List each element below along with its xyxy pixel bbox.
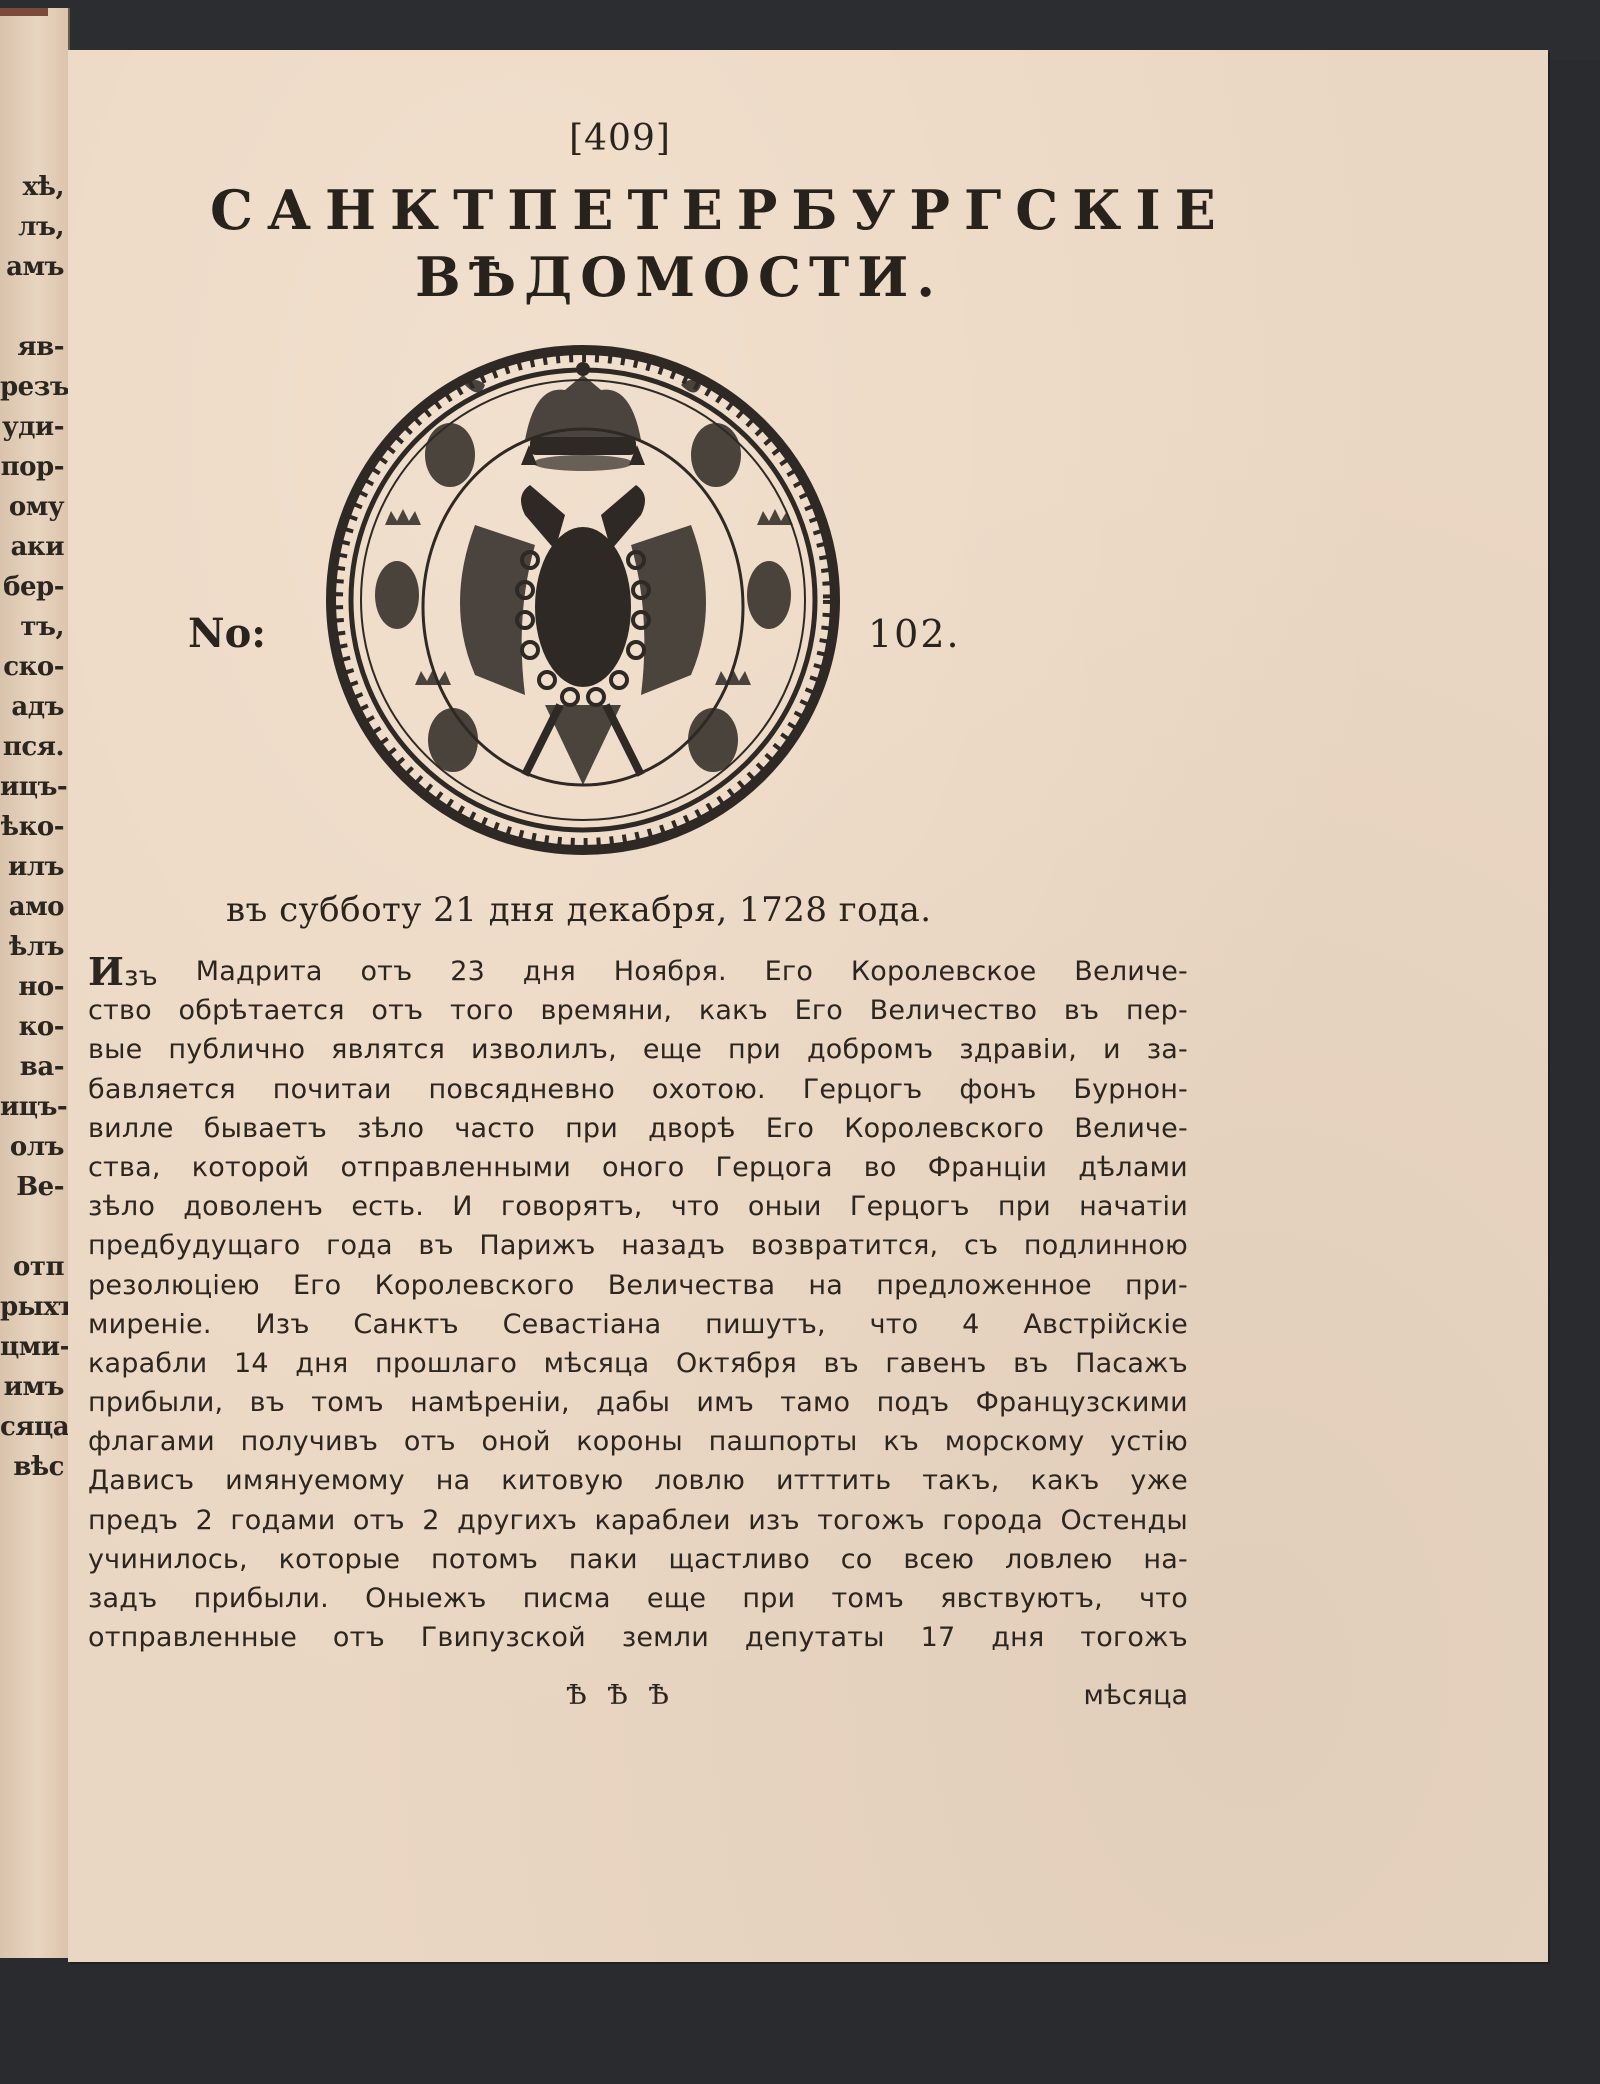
margin-fragment: уди- <box>0 408 64 447</box>
article-line: флагамиполучивъотъонойкороныпашпортыкъмо… <box>88 1422 1188 1461</box>
article-line: учинилось,которыепотомъпакищастливосовсе… <box>88 1540 1188 1579</box>
margin-fragment: хѣ, <box>0 168 64 207</box>
article-line: предъ2годамиотъ2другихъкараблеиизътогожъ… <box>88 1501 1188 1540</box>
printer-signature-mark: Ѣ Ѣ Ѣ <box>566 1680 675 1711</box>
margin-fragment: ицъ- <box>0 1088 64 1127</box>
masthead-title-line2: ВѢДОМОСТИ. <box>415 245 835 309</box>
margin-fragment: бер- <box>0 568 64 607</box>
article-line: резолюціеюЕгоКоролевскогоВеличестванапре… <box>88 1266 1188 1305</box>
margin-fragment: ѣко- <box>0 808 64 847</box>
imperial-eagle-emblem-icon <box>325 345 841 855</box>
margin-fragment: цми- <box>0 1328 64 1367</box>
article-line: карабли14дняпрошлагомѣсяцаОктябрявъгавен… <box>88 1344 1188 1383</box>
article-line: миреніе.ИзъСанктъСевастіанапишутъ,что4Ав… <box>88 1305 1188 1344</box>
article-line: прибыли,вътомънамѣреніи,дабыимътамоподъФ… <box>88 1383 1188 1422</box>
binding-edge <box>0 8 48 16</box>
page-number: [409] <box>560 118 680 159</box>
masthead-title-line1: САНКТПЕТЕРБУРГСКІЕ <box>210 178 1080 242</box>
margin-fragment: илъ <box>0 848 64 887</box>
margin-fragment: сяца <box>0 1408 64 1447</box>
margin-fragment: пся. <box>0 728 64 767</box>
margin-fragment: ко- <box>0 1008 64 1047</box>
catchword: мѣсяца <box>1083 1680 1188 1711</box>
article-line: выепубличноявлятсяизволилъ,ещепридобромъ… <box>88 1030 1188 1069</box>
article-body: ИзъМадритаотъ23дняНоября.ЕгоКоролевскоеВ… <box>88 952 1188 1657</box>
margin-fragment: тъ, <box>0 608 64 647</box>
margin-fragment: отп <box>0 1248 64 1287</box>
margin-fragment: амо <box>0 888 64 927</box>
margin-fragment: рыхъ <box>0 1288 64 1327</box>
margin-fragment: амъ <box>0 248 64 287</box>
article-line: ИзъМадритаотъ23дняНоября.ЕгоКоролевскоеВ… <box>88 952 1188 991</box>
article-line: предбудущагогодавъПарижъназадъвозвратитс… <box>88 1226 1188 1265</box>
margin-fragment: ѣлъ <box>0 928 64 967</box>
issue-date-line: въ субботу 21 дня декабря, 1728 года. <box>226 890 1226 930</box>
margin-fragment: лъ, <box>0 208 64 247</box>
margin-fragment: ско- <box>0 648 64 687</box>
margin-fragment: резъ <box>0 368 64 407</box>
margin-fragment: олъ <box>0 1128 64 1167</box>
margin-fragment: Ве- <box>0 1168 64 1207</box>
margin-fragment: аки <box>0 528 64 567</box>
issue-label: No: <box>188 610 266 657</box>
article-line: зѣлодоволенъесть.Иговорятъ,чтооныиГерцог… <box>88 1187 1188 1226</box>
margin-fragment: адъ <box>0 688 64 727</box>
margin-fragment: ому <box>0 488 64 527</box>
article-line: ствообрѣтаетсяотътоговремяни,какъЕгоВели… <box>88 991 1188 1030</box>
margin-fragment: пор- <box>0 448 64 487</box>
margin-fragment: вѣс <box>0 1448 64 1487</box>
margin-fragment: но- <box>0 968 64 1007</box>
margin-fragment: яв- <box>0 328 64 367</box>
article-line: отправленныеотъГвипузскойземлидепутаты17… <box>88 1618 1188 1657</box>
article-line: бавляетсяпочитаиповсядневноохотою.Герцог… <box>88 1070 1188 1109</box>
article-line: задъприбыли.Оныежъписмаещепритомъявствую… <box>88 1579 1188 1618</box>
margin-fragment: ва- <box>0 1048 64 1087</box>
article-line: виллебываетъзѣлочастопридворѣЕгоКоролевс… <box>88 1109 1188 1148</box>
issue-number: 102. <box>868 612 961 656</box>
article-line: ства,которойотправленнымионогоГерцогавоФ… <box>88 1148 1188 1187</box>
article-line: Дависъимянуемомунакитовуюловлюитттитьтак… <box>88 1461 1188 1500</box>
margin-fragment: имъ <box>0 1368 64 1407</box>
left-page-edge: хѣ,лъ,амъяв-резъуди-пор-омуакибер-тъ,ско… <box>0 8 70 1958</box>
page-footer: Ѣ Ѣ Ѣ мѣсяца <box>88 1680 1188 1720</box>
margin-fragment: ицъ- <box>0 768 64 807</box>
